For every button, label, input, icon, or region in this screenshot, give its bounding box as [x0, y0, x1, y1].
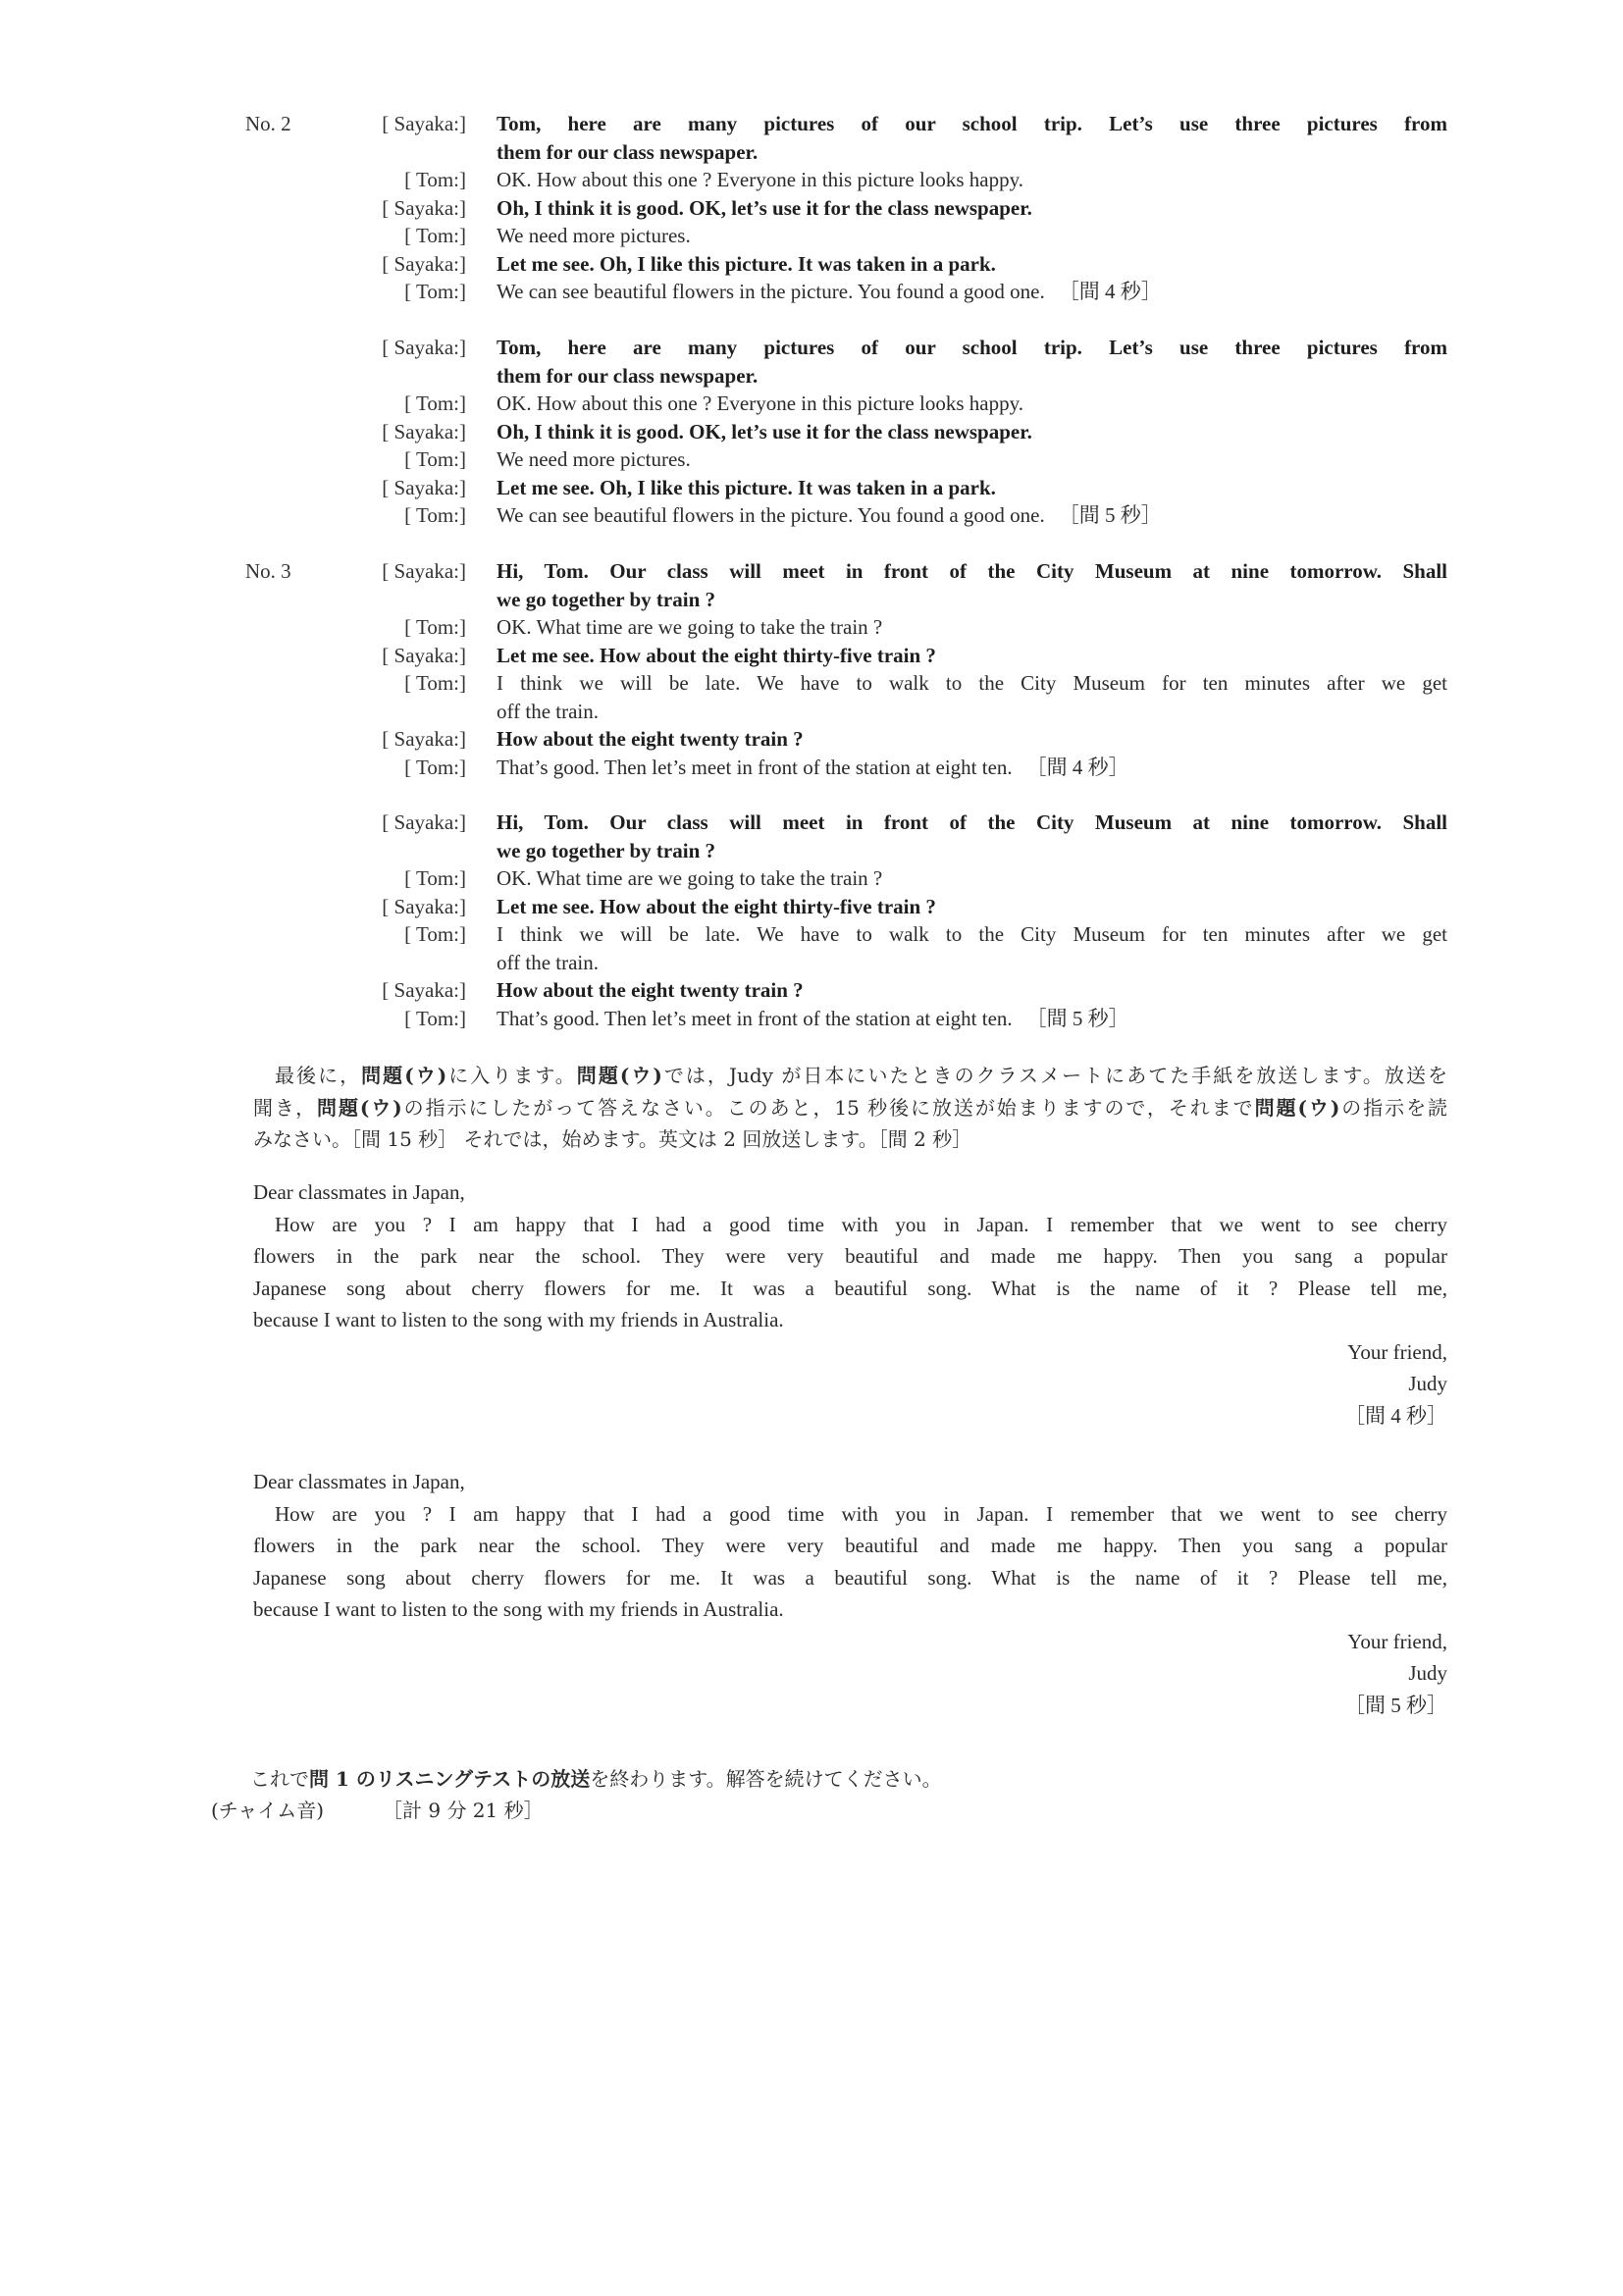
dialogue-line: OK. How about this one ? Everyone in thi…	[497, 166, 1447, 194]
speaker-label: [ Sayaka:]	[382, 250, 466, 279]
letter-body-line: because I want to listen to the song wit…	[253, 1593, 1447, 1626]
speaker-label: [ Sayaka:]	[382, 418, 466, 446]
letter-body-line: Japanese song about cherry flowers for m…	[253, 1562, 1447, 1594]
speaker-label: [ Tom:]	[404, 920, 466, 949]
chime-note: (チャイム音)	[211, 1799, 324, 1822]
dialogue-line: OK. How about this one ? Everyone in thi…	[497, 390, 1447, 418]
dialogue-line: Tom, here are many pictures of our schoo…	[497, 110, 1447, 138]
instruction-text: 聞き，	[253, 1096, 317, 1120]
speaker-label: [ Tom:]	[404, 669, 466, 698]
speaker-label: [ Tom:]	[404, 390, 466, 418]
letter-closing: Your friend,	[253, 1336, 1447, 1369]
letter-body-line: How are you ? I am happy that I had a go…	[253, 1498, 1447, 1531]
dialogue-line: We can see beautiful flowers in the pict…	[497, 503, 1045, 527]
dialogue-line: We can see beautiful flowers in the pict…	[497, 280, 1045, 303]
dialogue-line: How about the eight twenty train ?	[497, 725, 1447, 754]
speaker-label: [ Sayaka:]	[382, 809, 466, 837]
speaker-label: [ Tom:]	[404, 445, 466, 474]
no3-dialogue-second: [ Sayaka:]Hi, Tom. Our class will meet i…	[245, 809, 1447, 1032]
speaker-label: [ Tom:]	[404, 1005, 466, 1033]
speaker-label: [ Tom:]	[404, 222, 466, 250]
speaker-label: [ Sayaka:]	[382, 110, 466, 138]
no3-dialogue-first: No. 3[ Sayaka:]Hi, Tom. Our class will m…	[245, 557, 1447, 781]
dialogue-line: Let me see. Oh, I like this picture. It …	[497, 250, 1447, 279]
speaker-label: [ Sayaka:]	[382, 893, 466, 921]
letter-signature: Judy	[253, 1368, 1447, 1400]
dialogue-line: them for our class newspaper.	[497, 138, 1447, 167]
pause-marker: ［間 4 秒］	[1059, 280, 1162, 303]
pause-marker: ［間 5 秒］	[253, 1690, 1447, 1722]
dialogue-line: Tom, here are many pictures of our schoo…	[497, 334, 1447, 362]
letter-signature: Judy	[253, 1657, 1447, 1690]
letter-body-line: flowers in the park near the school. The…	[253, 1240, 1447, 1273]
closing-emphasis: 問 1 のリスニングテストの放送	[309, 1767, 590, 1791]
dialogue-line: I think we will be late. We have to walk…	[497, 669, 1447, 698]
question-ref: 問題(ウ)	[361, 1064, 446, 1087]
instruction-text: 最後に，	[253, 1064, 361, 1087]
speaker-label: [ Sayaka:]	[382, 194, 466, 223]
question-ref: 問題(ウ)	[317, 1096, 402, 1120]
total-time: ［計 9 分 21 秒］	[383, 1799, 544, 1822]
dialogue-line: How about the eight twenty train ?	[497, 976, 1447, 1005]
instruction-text: では，Judy が日本にいたときのクラスメートにあてた手紙を放送します。放送を	[662, 1064, 1447, 1087]
speaker-label: [ Sayaka:]	[382, 725, 466, 754]
speaker-label: [ Sayaka:]	[382, 334, 466, 362]
instruction-text: に入ります。	[446, 1064, 577, 1087]
instruction-text: の指示を読	[1339, 1096, 1447, 1120]
dialogue-line: Oh, I think it is good. OK, let’s use it…	[497, 194, 1447, 223]
exam-script-page: No. 2[ Sayaka:]Tom, here are many pictur…	[0, 0, 1623, 2296]
question-number: No. 2	[245, 110, 304, 138]
pause-marker: ［間 4 秒］	[1026, 756, 1129, 779]
dialogue-line: Let me see. Oh, I like this picture. It …	[497, 474, 1447, 502]
dialogue-line: Hi, Tom. Our class will meet in front of…	[497, 809, 1447, 837]
speaker-label: [ Sayaka:]	[382, 557, 466, 586]
speaker-label: [ Tom:]	[404, 166, 466, 194]
speaker-label: [ Tom:]	[404, 864, 466, 893]
speaker-label: [ Sayaka:]	[382, 642, 466, 670]
dialogue-line: Let me see. How about the eight thirty-f…	[497, 893, 1447, 921]
dialogue-line: I think we will be late. We have to walk…	[497, 920, 1447, 949]
question-ref: 問題(ウ)	[577, 1064, 662, 1087]
letter-first: Dear classmates in Japan, How are you ? …	[253, 1176, 1447, 1432]
no2-dialogue-second: [ Sayaka:]Tom, here are many pictures of…	[245, 334, 1447, 530]
instruction-text: みなさい。［間 15 秒］ それでは，始めます。英文は 2 回放送します。［間 …	[253, 1127, 971, 1151]
closing-text: これで	[211, 1767, 309, 1791]
speaker-label: [ Tom:]	[404, 278, 466, 306]
letter-salutation: Dear classmates in Japan,	[253, 1176, 1447, 1209]
letter-body-line: because I want to listen to the song wit…	[253, 1304, 1447, 1336]
letter-body-line: flowers in the park near the school. The…	[253, 1530, 1447, 1562]
closing-section: これで問 1 のリスニングテストの放送を終わります。解答を続けてください。 (チ…	[211, 1763, 1192, 1826]
dialogue-line: OK. What time are we going to take the t…	[497, 613, 1447, 642]
pause-marker: ［間 4 秒］	[253, 1400, 1447, 1433]
closing-text: を終わります。解答を続けてください。	[590, 1767, 941, 1791]
dialogue-line: That’s good. Then let’s meet in front of…	[497, 756, 1013, 779]
instruction-text: の指示にしたがって答えなさい。このあと，15 秒後に放送が始まりますので，それま…	[402, 1096, 1255, 1120]
dialogue-line: Oh, I think it is good. OK, let’s use it…	[497, 418, 1447, 446]
speaker-label: [ Tom:]	[404, 754, 466, 782]
letter-salutation: Dear classmates in Japan,	[253, 1466, 1447, 1498]
question-number: No. 3	[245, 557, 304, 586]
dialogue-line: Let me see. How about the eight thirty-f…	[497, 642, 1447, 670]
letter-second: Dear classmates in Japan, How are you ? …	[253, 1466, 1447, 1721]
letter-closing: Your friend,	[253, 1626, 1447, 1658]
dialogue-line: We need more pictures.	[497, 222, 1447, 250]
speaker-label: [ Sayaka:]	[382, 474, 466, 502]
dialogue-line: OK. What time are we going to take the t…	[497, 864, 1447, 893]
dialogue-line: we go together by train ?	[497, 837, 1447, 865]
speaker-label: [ Sayaka:]	[382, 976, 466, 1005]
dialogue-line: off the train.	[497, 698, 1447, 726]
dialogue-line: we go together by train ?	[497, 586, 1447, 614]
no2-dialogue-first: No. 2[ Sayaka:]Tom, here are many pictur…	[245, 110, 1447, 306]
letter-body-line: How are you ? I am happy that I had a go…	[253, 1209, 1447, 1241]
speaker-label: [ Tom:]	[404, 501, 466, 530]
dialogue-line: That’s good. Then let’s meet in front of…	[497, 1007, 1013, 1030]
dialogue-line: Hi, Tom. Our class will meet in front of…	[497, 557, 1447, 586]
dialogue-line: them for our class newspaper.	[497, 362, 1447, 391]
dialogue-line: off the train.	[497, 949, 1447, 977]
question-ref: 問題(ウ)	[1255, 1096, 1340, 1120]
dialogue-line: We need more pictures.	[497, 445, 1447, 474]
speaker-label: [ Tom:]	[404, 613, 466, 642]
pause-marker: ［間 5 秒］	[1026, 1007, 1129, 1030]
instruction-paragraph: 最後に，問題(ウ)に入ります。問題(ウ)では，Judy が日本にいたときのクラス…	[253, 1060, 1447, 1156]
letter-body-line: Japanese song about cherry flowers for m…	[253, 1273, 1447, 1305]
pause-marker: ［間 5 秒］	[1059, 503, 1162, 527]
